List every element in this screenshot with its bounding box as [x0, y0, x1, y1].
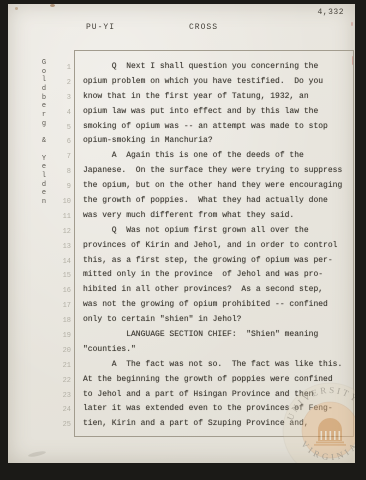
- ink-mark: [351, 22, 353, 26]
- svg-text:VIRGINIA: VIRGINIA: [299, 439, 355, 462]
- line-number: 9: [55, 180, 71, 195]
- transcript-line: Q Was not opium first grown all over the: [83, 224, 353, 239]
- transcript-line: At the beginning the growth of poppies w…: [83, 373, 353, 388]
- line-number: 19: [55, 329, 71, 344]
- line-number: 7: [55, 150, 71, 165]
- line-number: 11: [55, 210, 71, 225]
- line-number: 8: [55, 165, 71, 180]
- line-number: 24: [55, 403, 71, 418]
- attorney-letter: o: [37, 68, 51, 77]
- paper-stain: [50, 4, 55, 7]
- line-number: 12: [55, 225, 71, 240]
- line-number: 23: [55, 389, 71, 404]
- transcript-line: Japanese. On the surface they were tryin…: [83, 164, 353, 179]
- transcript-line: tien, Kirin and a part of Szuping Provin…: [83, 417, 353, 432]
- line-number: 16: [55, 284, 71, 299]
- transcript-line: to Jehol and a part of Hsingan Province …: [83, 388, 353, 403]
- transcript-line: mitted only in the province of Jehol and…: [83, 268, 353, 283]
- proceeding-label: CROSS: [189, 23, 218, 32]
- transcript-line: hibited in all other provinces? As a sec…: [83, 283, 353, 298]
- attorney-letter: d: [37, 181, 51, 190]
- transcript-line: was very much different from what they s…: [83, 209, 353, 224]
- attorney-letter: [37, 129, 51, 138]
- line-number: 1: [55, 61, 71, 76]
- line-number: 6: [55, 135, 71, 150]
- attorney-letter: l: [37, 172, 51, 181]
- transcript-line: opium-smoking in Manchuria?: [83, 134, 353, 149]
- attorney-letter: l: [37, 76, 51, 85]
- transcript-line: was not the growing of opium prohibited …: [83, 298, 353, 313]
- attorneys-name-vertical: Goldberg&Yelden: [37, 59, 51, 207]
- attorney-letter: b: [37, 94, 51, 103]
- attorney-letter: g: [37, 120, 51, 129]
- attorney-letter: n: [37, 198, 51, 207]
- transcript-line: A Again this is one of the deeds of the: [83, 149, 353, 164]
- page-number: 4,332: [317, 8, 344, 17]
- transcript-line: the opium, but on the other hand they we…: [83, 179, 353, 194]
- line-number: 17: [55, 299, 71, 314]
- attorney-letter: &: [37, 137, 51, 146]
- line-number: 18: [55, 314, 71, 329]
- paper-stain: [15, 7, 18, 10]
- attorney-letter: e: [37, 163, 51, 172]
- transcript-line: know that in the first year of Tatung, 1…: [83, 90, 353, 105]
- line-number: 25: [55, 418, 71, 433]
- line-number: 21: [55, 359, 71, 374]
- pencil-smudge: [28, 450, 46, 458]
- attorney-letter: e: [37, 102, 51, 111]
- transcript-line: opium problem on which you have testifie…: [83, 75, 353, 90]
- line-number: 14: [55, 255, 71, 270]
- transcript-line: provinces of Kirin and Jehol, and in ord…: [83, 239, 353, 254]
- scanned-transcript-page: 4,332 PU-YI CROSS Goldberg&Yelden 123456…: [0, 0, 366, 480]
- transcript-line: smoking of opium was -- an attempt was m…: [83, 120, 353, 135]
- line-number: 2: [55, 76, 71, 91]
- line-number-column: 1234567891011121314151617181920212223242…: [55, 61, 71, 433]
- line-number: 15: [55, 269, 71, 284]
- line-number: 4: [55, 106, 71, 121]
- attorney-letter: e: [37, 189, 51, 198]
- line-number: 10: [55, 195, 71, 210]
- transcript-line: opium law was put into effect and by thi…: [83, 105, 353, 120]
- line-number: 22: [55, 374, 71, 389]
- attorney-letter: [37, 146, 51, 155]
- attorney-letter: Y: [37, 155, 51, 164]
- attorney-letter: d: [37, 85, 51, 94]
- witness-name: PU-YI: [86, 23, 115, 32]
- line-number: 20: [55, 344, 71, 359]
- line-number: 3: [55, 91, 71, 106]
- transcript-line: only to certain "shien" in Jehol?: [83, 313, 353, 328]
- line-number: 5: [55, 121, 71, 136]
- transcript-line: LANGUAGE SECTION CHIEF: "Shien" meaning: [83, 328, 353, 343]
- transcript-line: "counties.": [83, 343, 353, 358]
- transcript-line: Q Next I shall question you concerning t…: [83, 60, 353, 75]
- transcript-line: this, as a first step, the growing of op…: [83, 254, 353, 269]
- transcript-line: the growth of poppies. What they had act…: [83, 194, 353, 209]
- transcript-text-box: Q Next I shall question you concerning t…: [74, 50, 354, 437]
- transcript-line: A The fact was not so. The fact was like…: [83, 358, 353, 373]
- attorney-letter: r: [37, 111, 51, 120]
- paper-sheet: 4,332 PU-YI CROSS Goldberg&Yelden 123456…: [8, 4, 355, 463]
- attorney-letter: G: [37, 59, 51, 68]
- line-number: 13: [55, 240, 71, 255]
- stamp-arc-bottom-text: VIRGINIA: [299, 439, 355, 462]
- transcript-line: later it was extended even to the provin…: [83, 402, 353, 417]
